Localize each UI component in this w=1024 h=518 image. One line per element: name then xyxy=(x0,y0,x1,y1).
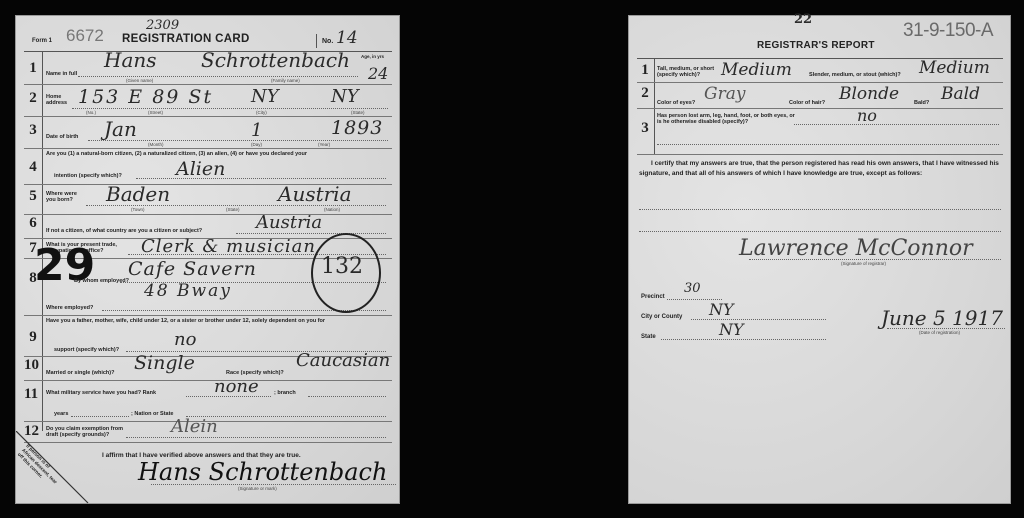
employer-address: 48 Bway xyxy=(144,281,232,301)
state-label: State xyxy=(641,334,656,340)
month-caption: (Month) xyxy=(148,142,164,147)
no-label: No. xyxy=(322,38,333,45)
where-employed-label: Where employed? xyxy=(46,305,93,311)
race-value: Caucasian xyxy=(296,350,390,371)
registrars-report-back: 22 31-9-150-A REGISTRAR'S REPORT 1 Tall,… xyxy=(628,15,1011,504)
marital-value: Single xyxy=(134,352,195,374)
military-rank: none xyxy=(214,376,259,397)
row-number: 3 xyxy=(26,122,40,139)
row-number: 2 xyxy=(638,85,652,102)
citizenship-value: Alien xyxy=(176,158,225,180)
street-address: 153 E 89 St xyxy=(78,86,213,108)
dependents-question: Have you a father, mother, wife, child u… xyxy=(46,318,386,324)
handwritten-top-number: 2309 xyxy=(146,18,179,33)
registration-date: June 5 1917 xyxy=(881,306,1003,330)
birth-month: Jan xyxy=(104,117,137,141)
registrar-signature-caption: (Signature of registrar) xyxy=(841,261,886,266)
birthplace-label: Where were you born? xyxy=(46,191,86,203)
signature-caption: (Signature or mark) xyxy=(238,486,277,491)
row-number: 1 xyxy=(638,62,652,79)
birth-day: 1 xyxy=(251,120,262,141)
citizenship-label: intention (specify which)? xyxy=(54,173,122,179)
stamp-serial: 6672 xyxy=(66,26,104,46)
row-number: 5 xyxy=(26,188,40,205)
disability-value: no xyxy=(857,106,877,125)
employer-value: Cafe Savern xyxy=(128,258,257,280)
precinct-value: 30 xyxy=(684,281,701,296)
top-mark: 22 xyxy=(794,12,812,27)
dependents-label: support (specify which)? xyxy=(54,347,119,353)
birth-year: 1893 xyxy=(331,117,383,139)
citizen-of-value: Austria xyxy=(256,212,322,233)
family-name-caption: (Family name) xyxy=(271,78,300,83)
build-value: Medium xyxy=(919,58,990,78)
city-caption: (City) xyxy=(256,110,267,115)
citizenship-question: Are you (1) a natural-born citizen, (2) … xyxy=(46,151,386,157)
height-label: Tall, medium, or short (specify which)? xyxy=(657,66,719,78)
no-caption: (No.) xyxy=(86,110,96,115)
nation-state-label: ; Nation or State xyxy=(131,411,173,417)
dependents-value: no xyxy=(174,329,196,350)
row-number: 3 xyxy=(638,120,652,137)
row-number: 6 xyxy=(26,215,40,232)
marital-label: Married or single (which)? xyxy=(46,370,114,376)
city-county-label: City or County xyxy=(641,314,682,320)
years-label: years xyxy=(54,411,68,417)
city: NY xyxy=(251,86,279,107)
registration-date-caption: (Date of registration) xyxy=(919,330,960,335)
row-number: 9 xyxy=(26,329,40,346)
bald-label: Bald? xyxy=(914,100,929,106)
home-address-label: Home address xyxy=(46,94,70,106)
name-label: Name in full xyxy=(46,71,77,77)
street-caption: (Street) xyxy=(148,110,163,115)
row-number: 8 xyxy=(26,270,40,287)
stamp-code: 31-9-150-A xyxy=(903,20,993,42)
bald-value: Bald xyxy=(941,84,980,104)
disability-label: Has person lost arm, leg, hand, foot, or… xyxy=(657,113,797,125)
family-name: Schrottenbach xyxy=(201,48,350,72)
row-number: 4 xyxy=(26,159,40,176)
state-value: NY xyxy=(719,320,744,339)
city-county-value: NY xyxy=(709,300,734,319)
eye-color-label: Color of eyes? xyxy=(657,100,695,106)
year-caption: (Year) xyxy=(318,142,330,147)
state-caption: (State) xyxy=(351,110,365,115)
citizen-of-label: If not a citizen, of what country are yo… xyxy=(46,228,202,234)
report-title: REGISTRAR'S REPORT xyxy=(757,40,875,51)
circled-number: 132 xyxy=(321,254,363,279)
nation-caption: (Nation) xyxy=(324,207,340,212)
divider xyxy=(316,34,317,48)
registration-card-front: Form 1 6672 2309 REGISTRATION CARD No. 1… xyxy=(15,15,400,504)
exemption-value: Alein xyxy=(171,416,218,437)
precinct-label: Precinct xyxy=(641,294,665,300)
card-number: 14 xyxy=(336,28,358,48)
registrant-signature: Hans Schrottenbach xyxy=(138,458,387,486)
given-name: Hans xyxy=(104,48,157,72)
eye-color-value: Gray xyxy=(704,84,745,104)
form-label: Form 1 xyxy=(32,38,52,44)
state-caption: (State) xyxy=(226,207,240,212)
row-number: 1 xyxy=(26,60,40,77)
hair-color-value: Blonde xyxy=(839,84,899,104)
row-number: 11 xyxy=(24,386,38,403)
given-name-caption: (Given name) xyxy=(126,78,153,83)
card-title: REGISTRATION CARD xyxy=(122,33,250,45)
employer-label: By whom employed? xyxy=(74,278,129,284)
military-label: What military service have you had? Rank xyxy=(46,390,156,396)
dob-label: Date of birth xyxy=(46,134,78,140)
day-caption: (Day) xyxy=(251,142,262,147)
age-value: 24 xyxy=(368,64,388,83)
birth-town: Baden xyxy=(106,182,170,206)
height-value: Medium xyxy=(721,60,792,80)
birth-nation: Austria xyxy=(278,182,352,206)
certification-text: I certify that my answers are true, that… xyxy=(639,159,1001,179)
state: NY xyxy=(331,86,359,107)
build-label: Slender, medium, or stout (which)? xyxy=(809,72,901,78)
registrar-signature: Lawrence McConnor xyxy=(739,236,973,261)
branch-label: ; branch xyxy=(274,390,296,396)
row-number: 2 xyxy=(26,90,40,107)
town-caption: (Town) xyxy=(131,207,145,212)
hair-color-label: Color of hair? xyxy=(789,100,825,106)
row-number: 10 xyxy=(24,357,38,374)
age-label: Age, in yrs xyxy=(361,54,384,59)
